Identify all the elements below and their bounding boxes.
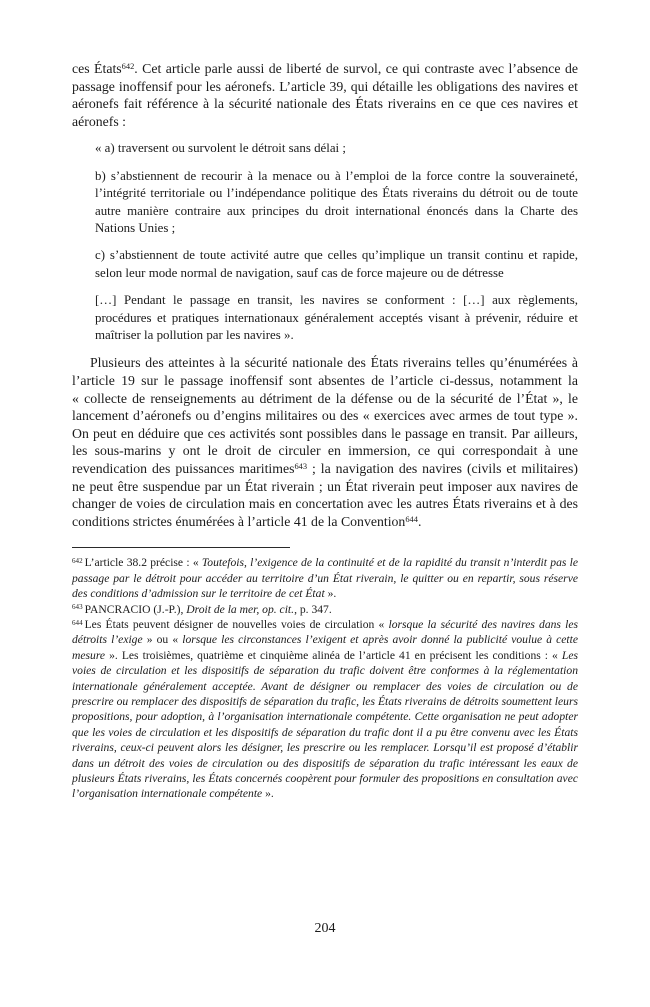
- footnote-ref: 643: [294, 462, 307, 471]
- page-content: ces États642. Cet article parle aussi de…: [0, 0, 650, 802]
- text-run: Les voies de circulation et les disposit…: [72, 649, 578, 801]
- paragraph: ces États642. Cet article parle aussi de…: [72, 60, 578, 130]
- text-run: .: [418, 514, 421, 529]
- footnote-ref: 644: [405, 515, 418, 524]
- text-run: ». Les troisièmes, quatrième et cinquièm…: [105, 649, 562, 662]
- footnote: 644Les États peuvent désigner de nouvell…: [72, 617, 578, 802]
- text-run: ces États: [72, 61, 122, 76]
- text-run: , p. 347.: [294, 603, 332, 616]
- text-run: L’article 38.2 précise : «: [85, 556, 202, 569]
- block-quote: c) s’abstiennent de toute activité autre…: [95, 247, 578, 282]
- text-run: ».: [325, 587, 337, 600]
- text-run: . Cet article parle aussi de liberté de …: [72, 61, 578, 129]
- block-quote: […] Pendant le passage en transit, les n…: [95, 292, 578, 344]
- footnote-marker: 644: [72, 619, 83, 627]
- text-run: Plusieurs des atteintes à la sécurité na…: [72, 355, 578, 476]
- text-run: PANCRACIO (J.-P.),: [85, 603, 187, 616]
- footnote-separator-rule: [72, 547, 290, 548]
- text-run: » ou «: [143, 633, 183, 646]
- main-text: ces États642. Cet article parle aussi de…: [72, 60, 578, 530]
- text-run: b) s’abstiennent de recourir à la menace…: [95, 169, 578, 235]
- page-number: 204: [0, 921, 650, 937]
- footnote: 643PANCRACIO (J.-P.), Droit de la mer, o…: [72, 602, 578, 617]
- footnote-marker: 642: [72, 557, 83, 565]
- footnote-marker: 643: [72, 603, 83, 611]
- footnote: 642L’article 38.2 précise : « Toutefois,…: [72, 555, 578, 601]
- footnote-ref: 642: [122, 62, 135, 71]
- document-page: { "page": { "background": "#ffffff", "te…: [0, 0, 650, 1007]
- text-run: Droit de la mer, op. cit.: [186, 603, 294, 616]
- text-run: « a) traversent ou survolent le détroit …: [95, 141, 346, 155]
- text-run: c) s’abstiennent de toute activité autre…: [95, 248, 578, 279]
- text-run: Les États peuvent désigner de nouvelles …: [85, 618, 389, 631]
- paragraph: Plusieurs des atteintes à la sécurité na…: [72, 354, 578, 530]
- text-run: ».: [262, 787, 274, 800]
- footnotes: 642L’article 38.2 précise : « Toutefois,…: [72, 555, 578, 802]
- text-run: […] Pendant le passage en transit, les n…: [95, 293, 578, 342]
- block-quote: « a) traversent ou survolent le détroit …: [95, 140, 578, 157]
- block-quote: b) s’abstiennent de recourir à la menace…: [95, 168, 578, 238]
